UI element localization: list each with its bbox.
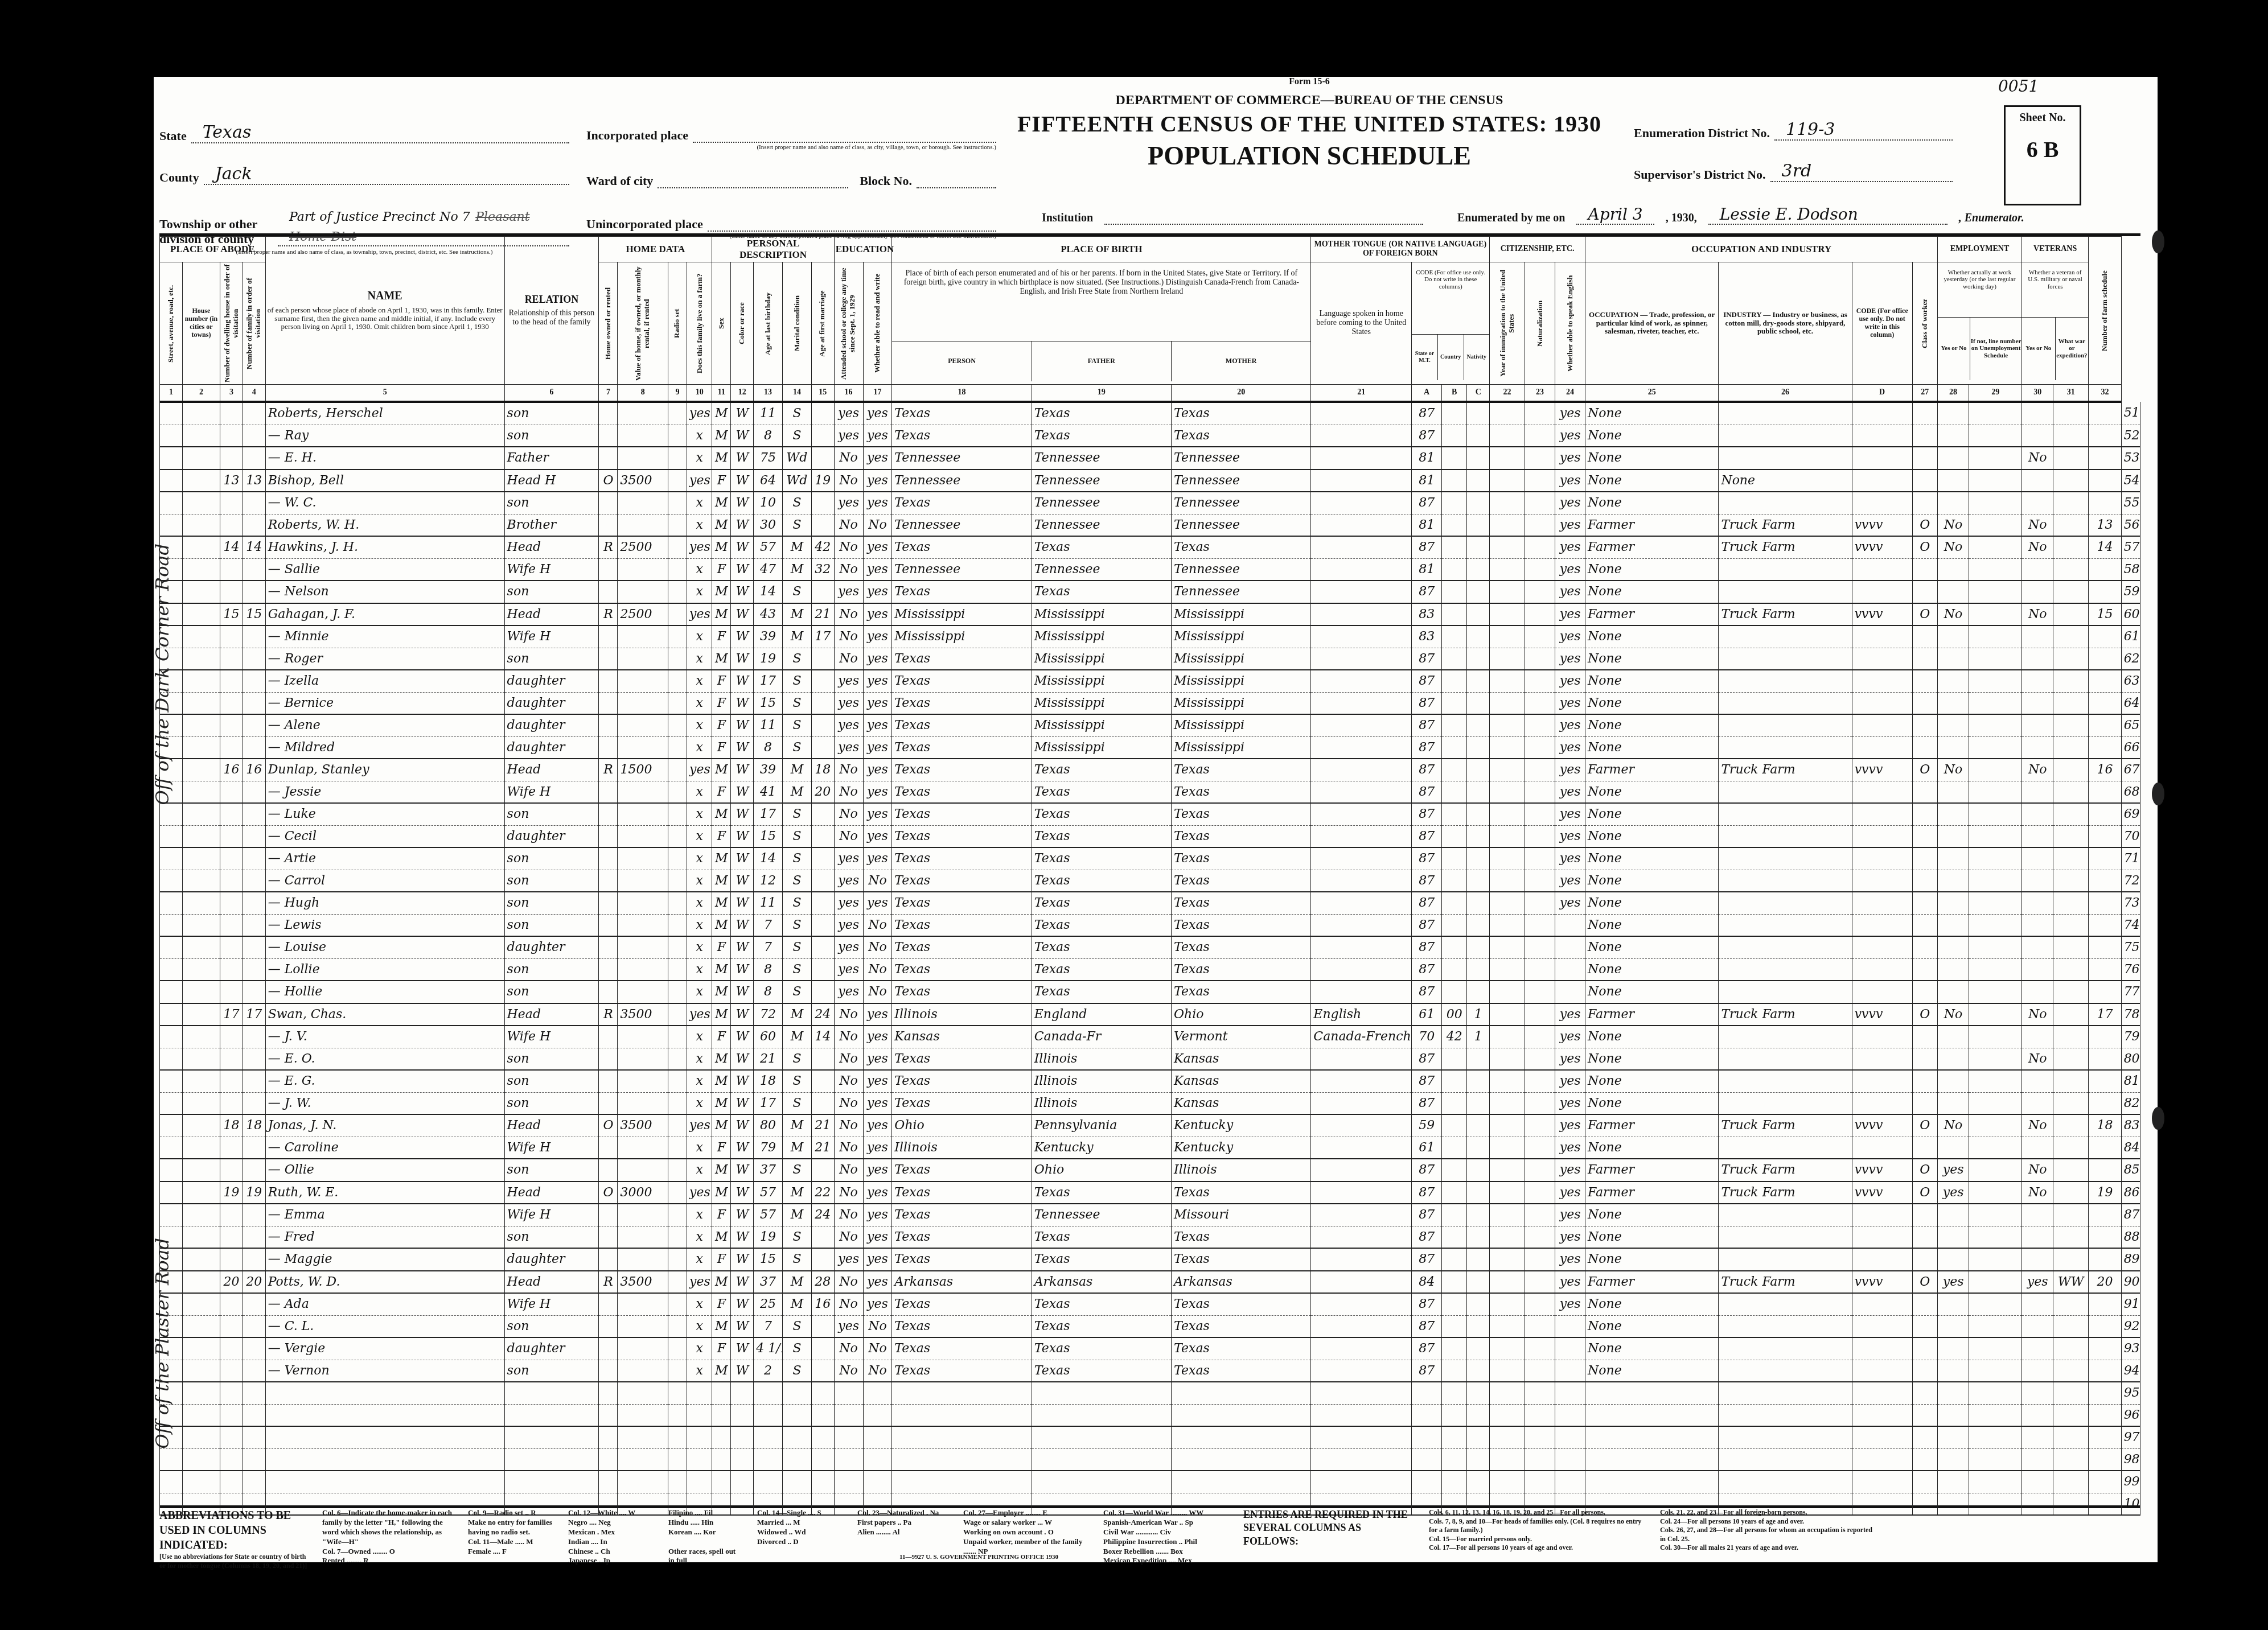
cell-birth: Texas — [892, 1248, 1032, 1271]
cell-war — [2053, 736, 2089, 759]
state-label: State — [159, 129, 187, 143]
table-row: — FredsonxMW19SNoyesTexasTexasTexas87yes… — [160, 1226, 2140, 1248]
cell-code-b — [1442, 1337, 1467, 1360]
cell-code-d — [1852, 1226, 1912, 1248]
cell-relation: son — [504, 1360, 599, 1382]
cell-code-c — [1467, 514, 1490, 536]
cell-immig — [1490, 447, 1525, 470]
cell-name: Roberts, Herschel — [265, 402, 504, 425]
cell-house — [182, 581, 220, 603]
cell-family — [243, 1426, 265, 1448]
cell-father: Texas — [1032, 781, 1171, 803]
cell-family — [243, 870, 265, 892]
cell-name: — Nelson — [265, 581, 504, 603]
cell-owned — [599, 1448, 618, 1471]
cell-code-b — [1442, 1182, 1467, 1204]
column-number: 3 — [220, 385, 243, 402]
line-number: 93 — [2121, 1337, 2140, 1360]
cell-english: yes — [1555, 648, 1585, 670]
cell-house — [182, 759, 220, 781]
cell-radio — [668, 648, 687, 670]
cell-code-d — [1852, 781, 1912, 803]
table-row: — SallieWife HxFW47M32NoyesTennesseeTenn… — [160, 558, 2140, 581]
cell-marital: S — [783, 1226, 812, 1248]
cell-value: 3500 — [618, 1271, 668, 1294]
cell-code-d — [1852, 581, 1912, 603]
cell-code-b — [1442, 1315, 1467, 1337]
employment-desc-header: Whether actually at work yesterday (or t… — [1937, 262, 2022, 385]
cell-family — [243, 558, 265, 581]
cell-birth: Tennessee — [892, 447, 1032, 470]
cell-race: W — [731, 1360, 754, 1382]
cell-sex: M — [712, 914, 731, 936]
cell-read: yes — [863, 892, 892, 914]
cell-dwelling — [220, 1315, 243, 1337]
cell-farm-sched: 14 — [2089, 536, 2121, 558]
cell-code-d — [1852, 425, 1912, 447]
cell-tongue — [1311, 536, 1412, 558]
cell-immig — [1490, 1293, 1525, 1315]
cell-family: 18 — [243, 1114, 265, 1137]
cell-sex: M — [712, 803, 731, 825]
cell-radio — [668, 514, 687, 536]
cell-house — [182, 1182, 220, 1204]
cell-sex: F — [712, 1026, 731, 1048]
cell-name: — Mildred — [265, 736, 504, 759]
cell-war — [2053, 1204, 2089, 1226]
cell-code-d — [1852, 558, 1912, 581]
cell-code-d — [1852, 1360, 1912, 1382]
table-row: — HolliesonxMW8SyesNoTexasTexasTexas87No… — [160, 981, 2140, 1003]
cell-name: — Izella — [265, 670, 504, 692]
cell-school — [834, 1404, 863, 1426]
cell-family — [243, 1248, 265, 1271]
cell-code-b — [1442, 936, 1467, 958]
cell-age: 57 — [754, 1182, 783, 1204]
cell-tongue — [1311, 1382, 1412, 1404]
cell-code-b — [1442, 581, 1467, 603]
cell-code-a: 87 — [1412, 1248, 1442, 1271]
cell-age: 75 — [754, 447, 783, 470]
cell-sex: M — [712, 1271, 731, 1294]
cell-work — [1937, 1226, 1969, 1248]
cell-sex: F — [712, 470, 731, 492]
cell-value — [618, 1471, 668, 1493]
cell-tongue — [1311, 581, 1412, 603]
cell-house — [182, 1092, 220, 1114]
cell-code-d: vvvv — [1852, 1003, 1912, 1026]
code-desc: CODE (For office use only. Do not write … — [1412, 267, 1489, 335]
cell-marital: S — [783, 402, 812, 425]
cell-code-d: vvvv — [1852, 759, 1912, 781]
cell-relation: son — [504, 425, 599, 447]
cell-industry: Truck Farm — [1719, 1003, 1852, 1026]
cell-name: — C. L. — [265, 1315, 504, 1337]
cell-owned — [599, 492, 618, 514]
cell-house — [182, 1426, 220, 1448]
table-row: — EmmaWife HxFW57M24NoyesTexasTennesseeM… — [160, 1204, 2140, 1226]
col-29-header: If not, line number on Unemployment Sche… — [1970, 318, 2022, 380]
abbrev-col7: Col. 7—Owned ........ O Rented ........ … — [322, 1547, 453, 1566]
cell-age-marriage — [811, 736, 834, 759]
line-number: 74 — [2121, 914, 2140, 936]
cell-unemp — [1969, 1182, 2022, 1204]
cell-birth: Ohio — [892, 1114, 1032, 1137]
cell-code-c — [1467, 981, 1490, 1003]
cell-age-marriage — [811, 1092, 834, 1114]
cell-relation: Head — [504, 603, 599, 626]
column-number: 16 — [834, 385, 863, 402]
cell-dwelling: 13 — [220, 470, 243, 492]
cell-tongue: English — [1311, 1003, 1412, 1026]
cell-dwelling — [220, 981, 243, 1003]
column-number: 15 — [811, 385, 834, 402]
cell-age-marriage — [811, 1248, 834, 1271]
cell-war — [2053, 892, 2089, 914]
cell-age: 14 — [754, 581, 783, 603]
cell-dwelling — [220, 1293, 243, 1315]
cell-name: Bishop, Bell — [265, 470, 504, 492]
cell-unemp — [1969, 847, 2022, 870]
group-education: EDUCATION — [834, 237, 892, 262]
cell-school: No — [834, 1226, 863, 1248]
cell-immig — [1490, 892, 1525, 914]
cell-age: 43 — [754, 603, 783, 626]
cell-family — [243, 1048, 265, 1070]
cell-radio — [668, 1204, 687, 1226]
cell-street — [160, 1003, 183, 1026]
cell-class — [1912, 1226, 1937, 1248]
cell-read: yes — [863, 759, 892, 781]
col-c-header: Nativity — [1464, 335, 1490, 380]
cell-radio — [668, 914, 687, 936]
cell-war — [2053, 692, 2089, 714]
column-number: 19 — [1032, 385, 1171, 402]
cell-natur — [1525, 692, 1555, 714]
table-row: — RaysonxMW8SyesyesTexasTexasTexas87yesN… — [160, 425, 2140, 447]
cell-dwelling — [220, 914, 243, 936]
cell-industry — [1719, 492, 1852, 514]
cell-code-d — [1852, 670, 1912, 692]
cell-immig — [1490, 1337, 1525, 1360]
cell-occupation: Farmer — [1585, 1003, 1719, 1026]
cell-industry — [1719, 1448, 1852, 1471]
cell-unemp — [1969, 1337, 2022, 1360]
cell-class — [1912, 1070, 1937, 1092]
cell-street — [160, 1448, 183, 1471]
cell-value — [618, 1315, 668, 1337]
cell-race: W — [731, 1003, 754, 1026]
cell-english: yes — [1555, 692, 1585, 714]
cell-father: Texas — [1032, 870, 1171, 892]
cell-code-c — [1467, 1293, 1490, 1315]
cell-code-c — [1467, 736, 1490, 759]
cell-relation: daughter — [504, 736, 599, 759]
cell-age: 7 — [754, 936, 783, 958]
cell-tongue — [1311, 692, 1412, 714]
cell-family — [243, 492, 265, 514]
cell-house — [182, 1360, 220, 1382]
cell-family — [243, 670, 265, 692]
cell-read: No — [863, 936, 892, 958]
cell-dwelling — [220, 1426, 243, 1448]
cell-class — [1912, 870, 1937, 892]
column-number: 1 — [160, 385, 183, 402]
cell-war: WW — [2053, 1271, 2089, 1294]
cell-birth — [892, 1404, 1032, 1426]
cell-code-c — [1467, 1404, 1490, 1426]
cell-relation: Head — [504, 1003, 599, 1026]
cell-farm-sched — [2089, 1226, 2121, 1248]
cell-age: 19 — [754, 1226, 783, 1248]
cell-name — [265, 1404, 504, 1426]
cell-age-marriage — [811, 447, 834, 470]
cell-marital: Wd — [783, 447, 812, 470]
cell-unemp — [1969, 781, 2022, 803]
line-number: 78 — [2121, 1003, 2140, 1026]
cell-farm: x — [687, 803, 712, 825]
cell-sex: F — [712, 936, 731, 958]
cell-dwelling — [220, 581, 243, 603]
cell-family — [243, 714, 265, 736]
cell-industry — [1719, 1315, 1852, 1337]
cell-class — [1912, 581, 1937, 603]
cell-school: yes — [834, 981, 863, 1003]
cell-industry — [1719, 1426, 1852, 1448]
cell-farm: x — [687, 1026, 712, 1048]
cell-tongue — [1311, 1315, 1412, 1337]
cell-name: — Fred — [265, 1226, 504, 1248]
cell-occupation: None — [1585, 1048, 1719, 1070]
cell-immig — [1490, 981, 1525, 1003]
cell-industry — [1719, 825, 1852, 847]
cell-code-a: 87 — [1412, 803, 1442, 825]
cell-dwelling — [220, 714, 243, 736]
cell-dwelling — [220, 625, 243, 648]
group-occupation: OCCUPATION AND INDUSTRY — [1585, 237, 1938, 262]
line-number: 72 — [2121, 870, 2140, 892]
cell-school: yes — [834, 714, 863, 736]
cell-mother: Tennessee — [1171, 581, 1310, 603]
line-number: 80 — [2121, 1048, 2140, 1070]
cell-code-d — [1852, 1448, 1912, 1471]
cell-family — [243, 1471, 265, 1493]
cell-school: No — [834, 1271, 863, 1294]
cell-natur — [1525, 936, 1555, 958]
cell-immig — [1490, 1003, 1525, 1026]
cell-code-d — [1852, 892, 1912, 914]
cell-school: No — [834, 470, 863, 492]
cell-tongue — [1311, 603, 1412, 626]
cell-farm: x — [687, 447, 712, 470]
cell-code-d — [1852, 1293, 1912, 1315]
cell-family — [243, 1337, 265, 1360]
cell-father — [1032, 1471, 1171, 1493]
cell-work — [1937, 981, 1969, 1003]
cell-industry: Truck Farm — [1719, 1271, 1852, 1294]
cell-unemp — [1969, 1026, 2022, 1048]
cell-farm-sched — [2089, 558, 2121, 581]
cell-school — [834, 1471, 863, 1493]
cell-relation: son — [504, 803, 599, 825]
cell-mother: Texas — [1171, 1293, 1310, 1315]
cell-age: 39 — [754, 759, 783, 781]
cell-owned — [599, 1204, 618, 1226]
cell-vet — [2022, 958, 2053, 981]
cell-age — [754, 1404, 783, 1426]
cell-dwelling: 17 — [220, 1003, 243, 1026]
cell-mother: Tennessee — [1171, 470, 1310, 492]
cell-dwelling — [220, 1026, 243, 1048]
cell-sex: M — [712, 447, 731, 470]
cell-radio — [668, 1426, 687, 1448]
abbrev-col9-11: Col. 9—Radio set .. R Make no entry for … — [468, 1508, 553, 1559]
cell-father: Arkansas — [1032, 1271, 1171, 1294]
cell-work — [1937, 1337, 1969, 1360]
cell-immig — [1490, 470, 1525, 492]
cell-race — [731, 1404, 754, 1426]
cell-farm: yes — [687, 603, 712, 626]
cell-mother: Texas — [1171, 1315, 1310, 1337]
cell-code-a: 87 — [1412, 736, 1442, 759]
cell-farm-sched — [2089, 581, 2121, 603]
cell-school: No — [834, 1048, 863, 1070]
table-row: — LewissonxMW7SyesNoTexasTexasTexas87Non… — [160, 914, 2140, 936]
cell-marital: S — [783, 1159, 812, 1182]
cell-natur — [1525, 558, 1555, 581]
col-b-header: Country — [1438, 335, 1464, 380]
cell-father: Texas — [1032, 536, 1171, 558]
cell-mother: Texas — [1171, 1360, 1310, 1382]
cell-father: England — [1032, 1003, 1171, 1026]
cell-read: yes — [863, 736, 892, 759]
cell-house — [182, 1204, 220, 1226]
cell-code-c — [1467, 1159, 1490, 1182]
cell-vet: No — [2022, 447, 2053, 470]
cell-race — [731, 1471, 754, 1493]
cell-mother — [1171, 1448, 1310, 1471]
cell-age-marriage — [811, 958, 834, 981]
cell-unemp — [1969, 1003, 2022, 1026]
cell-english: yes — [1555, 736, 1585, 759]
column-number: 10 — [687, 385, 712, 402]
cell-vet — [2022, 558, 2053, 581]
cell-farm-sched — [2089, 692, 2121, 714]
cell-school: No — [834, 514, 863, 536]
cell-class — [1912, 892, 1937, 914]
cell-code-d — [1852, 447, 1912, 470]
cell-street — [160, 1048, 183, 1070]
cell-value — [618, 1426, 668, 1448]
table-row: — MinnieWife HxFW39M17NoyesMississippiMi… — [160, 625, 2140, 648]
cell-read: No — [863, 914, 892, 936]
cell-marital — [783, 1426, 812, 1448]
cell-unemp — [1969, 1070, 2022, 1092]
cell-code-b — [1442, 1360, 1467, 1382]
cell-name: — J. V. — [265, 1026, 504, 1048]
cell-birth: Texas — [892, 914, 1032, 936]
cell-code-a: 87 — [1412, 1159, 1442, 1182]
cell-unemp — [1969, 1092, 2022, 1114]
cell-marital: S — [783, 514, 812, 536]
cell-farm-sched — [2089, 1426, 2121, 1448]
cell-farm: yes — [687, 1003, 712, 1026]
cell-natur — [1525, 1182, 1555, 1204]
line-number: 88 — [2121, 1226, 2140, 1248]
col-14-header: Marital condition — [783, 262, 812, 385]
cell-mother: Texas — [1171, 402, 1310, 425]
cell-birth: Texas — [892, 402, 1032, 425]
footer-abbreviations: ABBREVIATIONS TO BE USED IN COLUMNS INDI… — [159, 1508, 2140, 1559]
cell-industry — [1719, 581, 1852, 603]
cell-code-d: vvvv — [1852, 1271, 1912, 1294]
cell-street — [160, 470, 183, 492]
cell-english — [1555, 1382, 1585, 1404]
cell-street — [160, 447, 183, 470]
cell-farm: x — [687, 625, 712, 648]
table-row: — NelsonsonxMW14SyesyesTexasTexasTenness… — [160, 581, 2140, 603]
cell-owned — [599, 1315, 618, 1337]
line-number: 60 — [2121, 603, 2140, 626]
cell-age-marriage — [811, 1048, 834, 1070]
cell-family — [243, 447, 265, 470]
cell-occupation: None — [1585, 1337, 1719, 1360]
cell-relation: Wife H — [504, 1026, 599, 1048]
col-7-header: Home owned or rented — [599, 262, 618, 385]
cell-code-c — [1467, 692, 1490, 714]
cell-occupation: None — [1585, 1092, 1719, 1114]
cell-read: yes — [863, 1159, 892, 1182]
cell-unemp — [1969, 1315, 2022, 1337]
table-row: 96 — [160, 1404, 2140, 1426]
cell-unemp — [1969, 892, 2022, 914]
cell-house — [182, 1137, 220, 1159]
cell-father: Illinois — [1032, 1070, 1171, 1092]
line-number: 68 — [2121, 781, 2140, 803]
cell-school: yes — [834, 914, 863, 936]
cell-age-marriage: 24 — [811, 1003, 834, 1026]
cell-war — [2053, 1293, 2089, 1315]
cell-race: W — [731, 736, 754, 759]
cell-farm: x — [687, 1137, 712, 1159]
census-sheet: 0051 StateTexas CountyJack Township or o… — [154, 77, 2158, 1562]
column-number: 13 — [754, 385, 783, 402]
cell-war — [2053, 1248, 2089, 1271]
cell-class — [1912, 1404, 1937, 1426]
column-number: 8 — [618, 385, 668, 402]
cell-code-a: 87 — [1412, 425, 1442, 447]
cell-unemp — [1969, 1048, 2022, 1070]
cell-family — [243, 892, 265, 914]
cell-street — [160, 1471, 183, 1493]
group-home: HOME DATA — [599, 237, 712, 262]
cell-value — [618, 892, 668, 914]
cell-vet — [2022, 648, 2053, 670]
cell-natur — [1525, 1404, 1555, 1426]
cell-name: — Maggie — [265, 1248, 504, 1271]
cell-name: Dunlap, Stanley — [265, 759, 504, 781]
table-row: 2020Potts, W. D.HeadR3500yesMW37M28Noyes… — [160, 1271, 2140, 1294]
cell-war — [2053, 492, 2089, 514]
cell-code-b — [1442, 958, 1467, 981]
birth-subheaders: PERSON FATHER MOTHER — [892, 341, 1310, 381]
cell-code-b — [1442, 892, 1467, 914]
column-number: C — [1467, 385, 1490, 402]
cell-father: Texas — [1032, 425, 1171, 447]
cell-owned — [599, 803, 618, 825]
cell-name: — Luke — [265, 803, 504, 825]
cell-vet — [2022, 825, 2053, 847]
